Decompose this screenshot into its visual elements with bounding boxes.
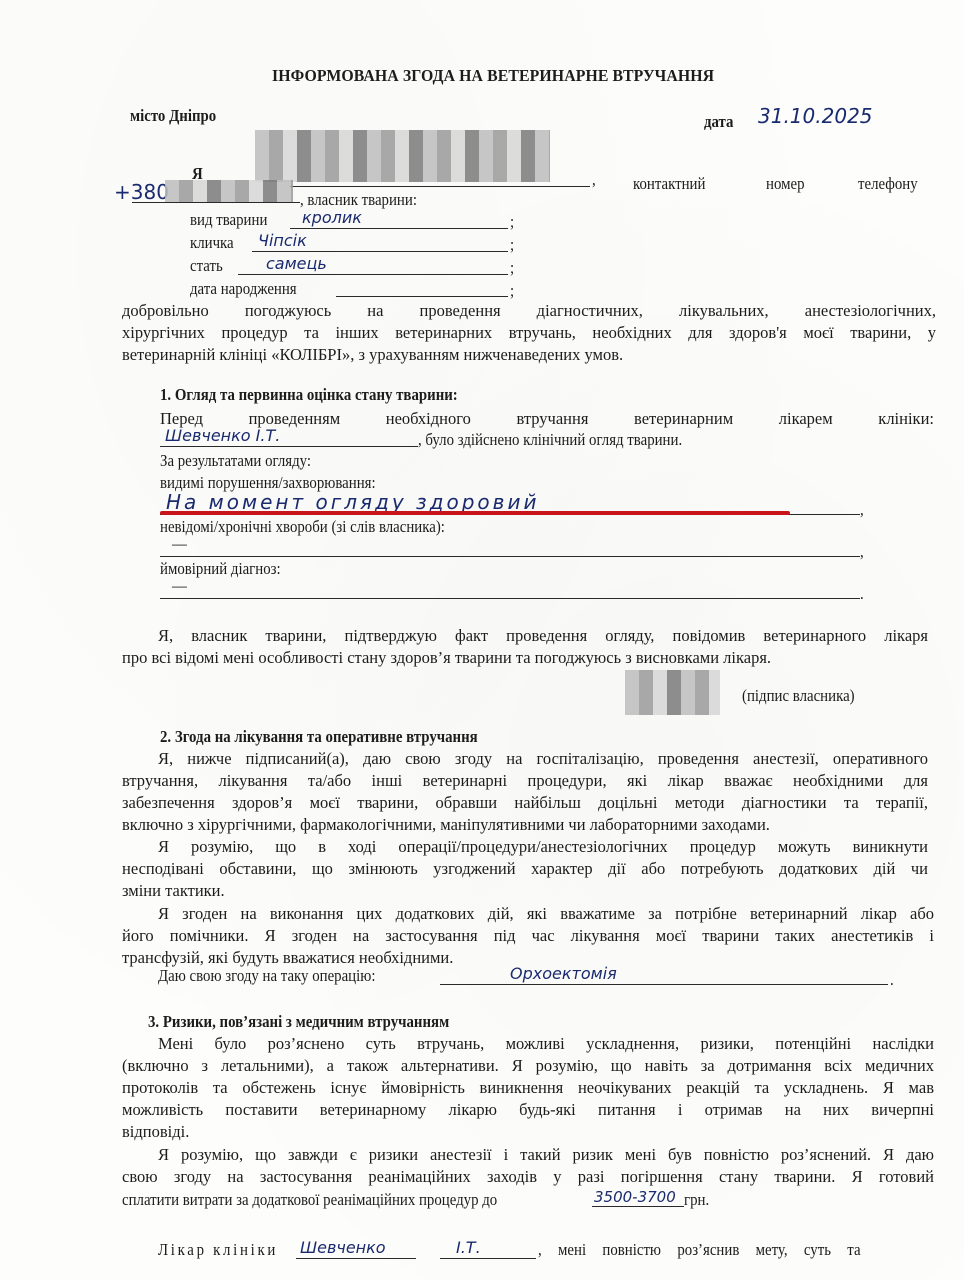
text-line: забезпечення здоров’я моєї тварини, обра… (122, 792, 928, 814)
section2-paragraph-3: Я згоден на виконання цих додаткових дій… (122, 903, 934, 969)
comma: , (860, 500, 864, 520)
comma: , (592, 170, 596, 190)
species-line (290, 228, 508, 229)
doctor-name-value[interactable]: Шевченко (300, 1238, 386, 1257)
doctor-initials-line (440, 1258, 536, 1259)
text-line: несподівані обставини, що змінюють узгод… (122, 858, 928, 880)
redacted-owner-name (255, 130, 550, 182)
section3-paragraph-1: Мені було роз’яснено суть втручань, можл… (122, 1033, 934, 1143)
comma: , (860, 542, 864, 562)
cost-line (592, 1206, 684, 1207)
section1-heading: 1. Огляд та первинна оцінка стану тварин… (160, 385, 458, 405)
diagnosis-line (160, 598, 860, 599)
dob-line (336, 296, 508, 297)
text-line: свою згоду на застосування реанімаційних… (122, 1166, 934, 1188)
cost-prefix: сплатити витрати за додаткової реанімаці… (122, 1190, 497, 1210)
contact-label-3: телефону (858, 174, 918, 194)
confirm-line: про всі відомі мені особливості стану зд… (122, 647, 928, 669)
diagnosis-value[interactable]: — (172, 576, 187, 596)
cost-suffix: грн. (684, 1190, 709, 1210)
text-line: Мені було роз’яснено суть втручань, можл… (122, 1033, 934, 1055)
exam-done-text: , було здійснено клінічний огляд тварини… (418, 430, 682, 450)
pet-name-value[interactable]: Чіпсік (258, 231, 307, 250)
cost-value[interactable]: 3500-3700 (594, 1188, 676, 1206)
doctor-line (160, 446, 418, 447)
text-line: зміни тактики. (122, 880, 928, 902)
pet-name-line (252, 251, 508, 252)
contact-label-2: номер (766, 174, 805, 194)
doctor-initials-value[interactable]: І.Т. (456, 1238, 481, 1257)
intro-line: добровільно погоджуюсь на проведення діа… (122, 300, 936, 322)
text-line: Я згоден на виконання цих додаткових дій… (122, 903, 934, 925)
dob-label: дата народження (190, 279, 297, 299)
pet-name-label: кличка (190, 233, 234, 253)
section2-paragraph-2: Я розумію, що в ході операції/процедури/… (122, 836, 928, 902)
operation-line (440, 984, 888, 985)
text-line: втручання, лікування та/або інші ветерин… (122, 770, 928, 792)
period: . (890, 970, 894, 990)
consent-form-page: ІНФОРМОВАНА ЗГОДА НА ВЕТЕРИНАРНЕ ВТРУЧАН… (0, 0, 964, 1280)
semicolon: ; (510, 212, 514, 232)
phone-line (132, 202, 300, 203)
semicolon: ; (510, 281, 514, 301)
sex-label: стать (190, 256, 223, 276)
section3-paragraph-2: Я розумію, що завжди є ризики анестезії … (122, 1144, 934, 1188)
results-label: За результатами огляду: (160, 451, 311, 471)
confirm-paragraph: Я, власник тварини, підтверджую факт про… (122, 625, 928, 669)
text-line: (включно з летальними), а також альтерна… (122, 1055, 934, 1077)
redacted-owner-signature (625, 670, 720, 715)
chronic-line (160, 556, 860, 557)
doctor-explained-text: , мені повністю роз’яснив мету, суть та (538, 1240, 861, 1260)
semicolon: ; (510, 235, 514, 255)
doctor-label: Лікар клініки (158, 1240, 278, 1260)
operation-label: Даю свою згоду на таку операцію: (158, 966, 375, 986)
signature-label: (підпис власника) (742, 686, 855, 706)
text-line: можливість поставити ветеринарному лікар… (122, 1099, 934, 1121)
period: . (860, 584, 864, 604)
chronic-value[interactable]: — (172, 534, 187, 554)
species-value[interactable]: кролик (302, 208, 362, 227)
confirm-line: Я, власник тварини, підтверджую факт про… (122, 625, 928, 647)
text-line: включно з хірургічними, фармакологічними… (122, 814, 928, 836)
operation-value[interactable]: Орхоектомія (510, 964, 617, 983)
redacted-phone (165, 180, 293, 202)
sex-value[interactable]: самець (266, 254, 327, 273)
owner-label: , власник тварини: (300, 190, 417, 210)
text-line: Я, нижче підписаний(а), даю свою згоду н… (122, 748, 928, 770)
document-title: ІНФОРМОВАНА ЗГОДА НА ВЕТЕРИНАРНЕ ВТРУЧАН… (272, 66, 714, 86)
date-value[interactable]: 31.10.2025 (758, 104, 873, 128)
section2-heading: 2. Згода на лікування та оперативне втру… (160, 727, 478, 747)
species-label: вид тварини (190, 210, 267, 230)
examining-doctor-value[interactable]: Шевченко І.Т. (165, 426, 280, 445)
phone-prefix[interactable]: +380 (114, 180, 169, 204)
date-label: дата (704, 112, 733, 132)
text-line: його помічники. Я згоден на застосування… (122, 925, 934, 947)
owner-name-line (290, 186, 590, 187)
semicolon: ; (510, 258, 514, 278)
sex-line (238, 274, 508, 275)
contact-label-1: контактний (633, 174, 705, 194)
text-line: Я розумію, що завжди є ризики анестезії … (122, 1144, 934, 1166)
red-underline-annotation (160, 511, 790, 515)
section3-heading: 3. Ризики, пов’язані з медичним втручанн… (148, 1012, 449, 1032)
intro-line: хірургічних процедур та інших ветеринарн… (122, 322, 936, 344)
city-label: місто Дніпро (130, 106, 216, 126)
intro-paragraph: добровільно погоджуюсь на проведення діа… (122, 300, 936, 366)
text-line: протоколів та обстежень існує ймовірніст… (122, 1077, 934, 1099)
section2-paragraph-1: Я, нижче підписаний(а), даю свою згоду н… (122, 748, 928, 836)
chronic-label: невідомі/хронічні хвороби (зі слів власн… (160, 517, 445, 537)
text-line: Я розумію, що в ході операції/процедури/… (122, 836, 928, 858)
intro-line: ветеринарній клініці «КОЛІБРІ», з урахув… (122, 344, 936, 366)
doctor-name-line (296, 1258, 416, 1259)
text-line: відповіді. (122, 1121, 934, 1143)
